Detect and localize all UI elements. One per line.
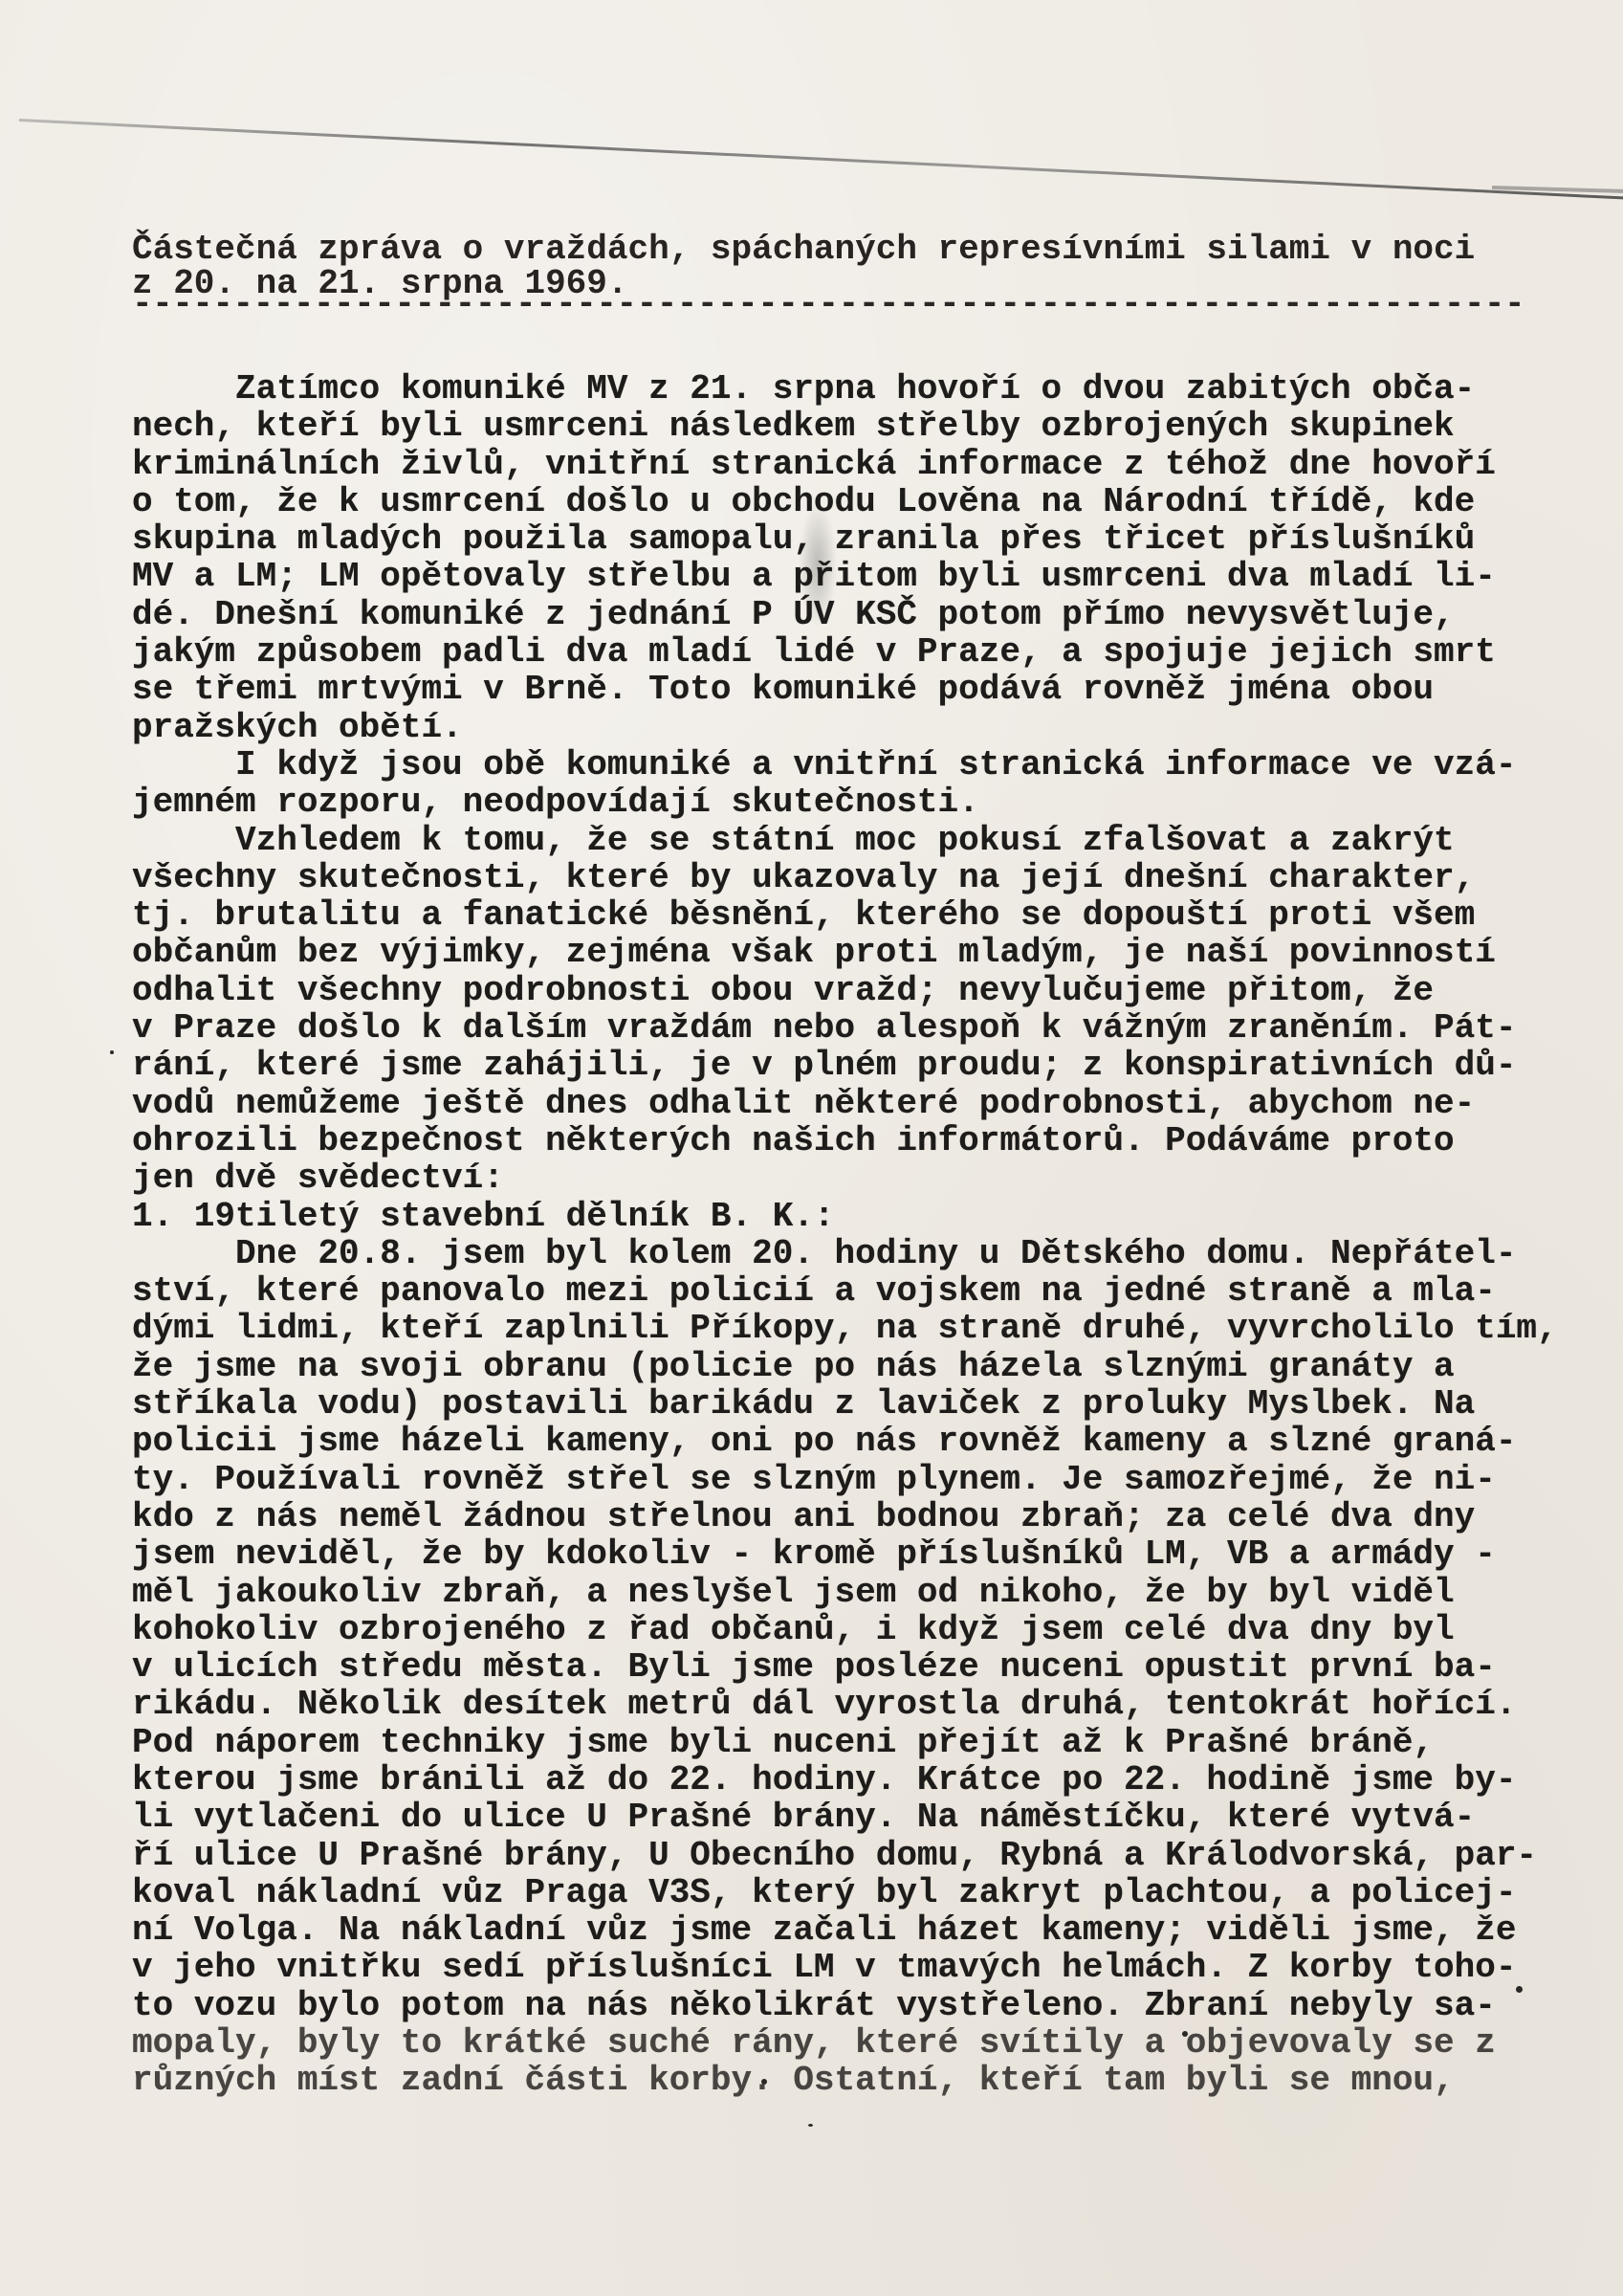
body-text-line: se třemi mrtvými v Brně. Toto komuniké p…	[132, 671, 1586, 708]
document-title-line-1: Částečná zpráva o vraždách, spáchaných r…	[132, 232, 1586, 267]
document-body: Zatímco komuniké MV z 21. srpna hovoří o…	[132, 370, 1586, 2100]
body-text-line: 1. 19tiletý stavební dělník B. K.:	[132, 1198, 1586, 1235]
body-text-line: kdo z nás neměl žádnou střelnou ani bodn…	[132, 1498, 1586, 1535]
body-text-line: policii jsme házeli kameny, oni po nás r…	[132, 1423, 1586, 1460]
body-text-line: o tom, že k usmrcení došlo u obchodu Lov…	[132, 483, 1586, 520]
body-text-line: dými lidmi, kteří zaplnili Příkopy, na s…	[132, 1310, 1586, 1347]
body-text-line: ří ulice U Prašné brány, U Obecního domu…	[132, 1837, 1586, 1874]
body-text-line: ní Volga. Na nákladní vůz jsme začali há…	[132, 1911, 1586, 1949]
body-text-line: li vytlačeni do ulice U Prašné brány. Na…	[132, 1799, 1586, 1836]
body-text-line: skupina mladých použila samopalu, zranil…	[132, 520, 1586, 558]
body-text-line: kterou jsme bránili až do 22. hodiny. Kr…	[132, 1761, 1586, 1799]
body-text-line: Dne 20.8. jsem byl kolem 20. hodiny u Dě…	[132, 1235, 1586, 1272]
body-text-line: v ulicích středu města. Byli jsme posléz…	[132, 1648, 1586, 1686]
body-text-line: ství, které panovalo mezi policií a vojs…	[132, 1272, 1586, 1310]
body-text-line: Zatímco komuniké MV z 21. srpna hovoří o…	[132, 370, 1586, 408]
body-text-line: nech, kteří byli usmrceni následkem stře…	[132, 408, 1586, 445]
body-text-line: jen dvě svědectví:	[132, 1159, 1586, 1197]
body-text-line: stříkala vodu) postavili barikádu z lavi…	[132, 1385, 1586, 1423]
body-text-line: měl jakoukoliv zbraň, a neslyšel jsem od…	[132, 1574, 1586, 1611]
speck	[110, 1050, 114, 1054]
body-text-line: jakým způsobem padli dva mladí lidé v Pr…	[132, 633, 1586, 671]
body-text-line: že jsme na svoji obranu (policie po nás …	[132, 1348, 1586, 1385]
body-text-line: v Praze došlo k dalším vraždám nebo ales…	[132, 1009, 1586, 1047]
body-text-line: to vozu bylo potom na nás několikrát vys…	[132, 1987, 1586, 2024]
body-text-line: všechny skutečnosti, které by ukazovaly …	[132, 859, 1586, 896]
body-text-line: vodů nemůžeme ještě dnes odhalit některé…	[132, 1085, 1586, 1122]
body-text-line: kriminálních živlů, vnitřní stranická in…	[132, 446, 1586, 483]
body-text-line: rikádu. Několik desítek metrů dál vyrost…	[132, 1686, 1586, 1723]
title-underline-rule: ----------------------------------------…	[132, 296, 1586, 313]
body-text-line: ohrozili bezpečnost některých našich inf…	[132, 1122, 1586, 1159]
body-text-line: MV a LM; LM opětovaly střelbu a přitom b…	[132, 558, 1586, 595]
body-text-line: Pod náporem techniky jsme byli nuceni př…	[132, 1724, 1586, 1761]
body-text-line: pražských obětí.	[132, 709, 1586, 746]
body-text-line: ty. Používali rovněž střel se slzným ply…	[132, 1461, 1586, 1498]
body-text-line: jsem neviděl, že by kdokoliv - kromě pří…	[132, 1535, 1586, 1573]
typewritten-document: Částečná zpráva o vraždách, spáchaných r…	[132, 232, 1586, 2100]
body-text-line: koval nákladní vůz Praga V3S, který byl …	[132, 1874, 1586, 1911]
body-text-line: Vzhledem k tomu, že se státní moc pokusí…	[132, 822, 1586, 859]
body-text-line: odhalit všechny podrobnosti obou vražd; …	[132, 972, 1586, 1009]
body-text-line: jemném rozporu, neodpovídají skutečnosti…	[132, 784, 1586, 821]
body-text-line: kohokoliv ozbrojeného z řad občanů, i kd…	[132, 1611, 1586, 1648]
body-text-line: I když jsou obě komuniké a vnitřní stran…	[132, 746, 1586, 784]
body-text-line: různých míst zadní části korby. Ostatní,…	[132, 2062, 1586, 2099]
body-text-line: občanům bez výjimky, zejména však proti …	[132, 934, 1586, 971]
body-text-line: tj. brutalitu a fanatické běsnění, které…	[132, 896, 1586, 934]
speck	[808, 2124, 813, 2127]
body-text-line: v jeho vnitřku sedí příslušníci LM v tma…	[132, 1949, 1586, 1986]
body-text-line: rání, které jsme zahájili, je v plném pr…	[132, 1047, 1586, 1084]
body-text-line: dé. Dnešní komuniké z jednání P ÚV KSČ p…	[132, 596, 1586, 633]
body-text-line: mopaly, byly to krátké suché rány, které…	[132, 2024, 1586, 2062]
